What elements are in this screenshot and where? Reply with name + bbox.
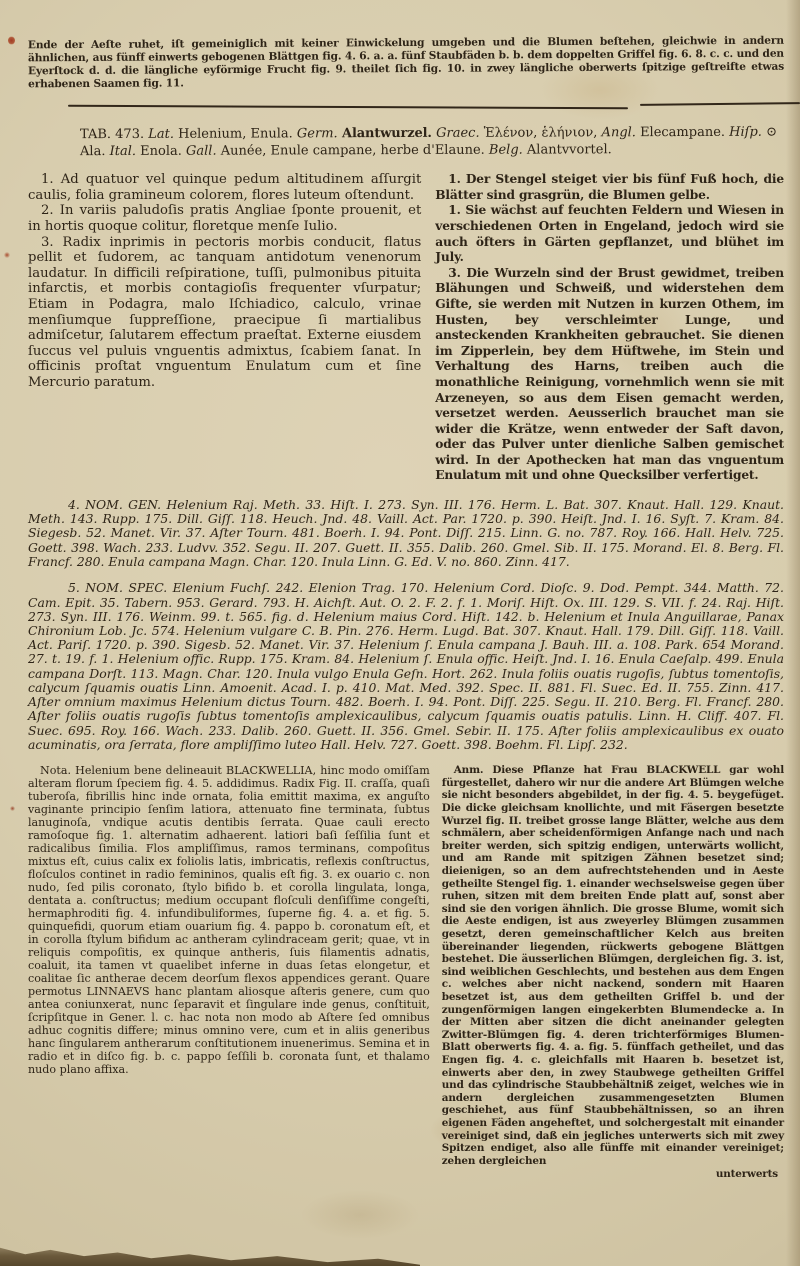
divider-rule-right <box>640 102 800 106</box>
german-paragraph-2: 1. Sie wächst auf feuchten Feldern und W… <box>435 203 784 265</box>
description-columns: 1. Ad quatuor vel quinque pedum altitudi… <box>28 172 784 484</box>
continuation-paragraph-german: Ende der Aeſte ruhet, iſt gemeiniglich m… <box>28 34 784 91</box>
latin-paragraph-2: 2. In variis paludoſis pratis Angliae ſp… <box>28 203 421 234</box>
german-paragraph-3: 3. Die Wurzeln sind der Brust gewidmet, … <box>435 266 784 484</box>
anm-german-column: Anm. Diese Pflanze hat Frau BLACKWELL ga… <box>442 764 784 1180</box>
catchword: unterwerts <box>442 1168 784 1180</box>
page-content: Ende der Aeſte ruhet, iſt gemeiniglich m… <box>0 0 800 1180</box>
anm-german-paragraph: Anm. Diese Pflanze hat Frau BLACKWELL ga… <box>442 764 784 1167</box>
paper-stain <box>300 1190 420 1240</box>
nomenclature-species-paragraph: 5. NOM. SPEC. Elenium Fuchſ. 242. Elenio… <box>28 581 784 751</box>
german-column: 1. Der Stengel steiget vier bis fünf Fuß… <box>435 172 784 484</box>
section-divider <box>28 99 784 113</box>
nota-columns: Nota. Helenium bene delineauit BLACKWELL… <box>28 764 784 1180</box>
nota-latin-paragraph: Nota. Helenium bene delineauit BLACKWELL… <box>28 764 430 1076</box>
torn-page-edge <box>0 1240 420 1266</box>
nota-latin-column: Nota. Helenium bene delineauit BLACKWELL… <box>28 764 430 1180</box>
german-paragraph-1: 1. Der Stengel steiget vier bis fünf Fuß… <box>435 172 784 203</box>
scanned-book-page: Ende der Aeſte ruhet, iſt gemeiniglich m… <box>0 0 800 1266</box>
latin-column: 1. Ad quatuor vel quinque pedum altitudi… <box>28 172 421 484</box>
divider-rule-left <box>68 105 628 109</box>
latin-paragraph-1: 1. Ad quatuor vel quinque pedum altitudi… <box>28 172 421 203</box>
latin-paragraph-3: 3. Radix inprimis in pectoris morbis con… <box>28 235 421 391</box>
plate-heading-tab-473: TAB. 473. Lat. Helenium, Enula. Germ. Al… <box>28 125 780 161</box>
nomenclature-genus-paragraph: 4. NOM. GEN. Helenium Raj. Meth. 33. Hiſ… <box>28 498 784 569</box>
